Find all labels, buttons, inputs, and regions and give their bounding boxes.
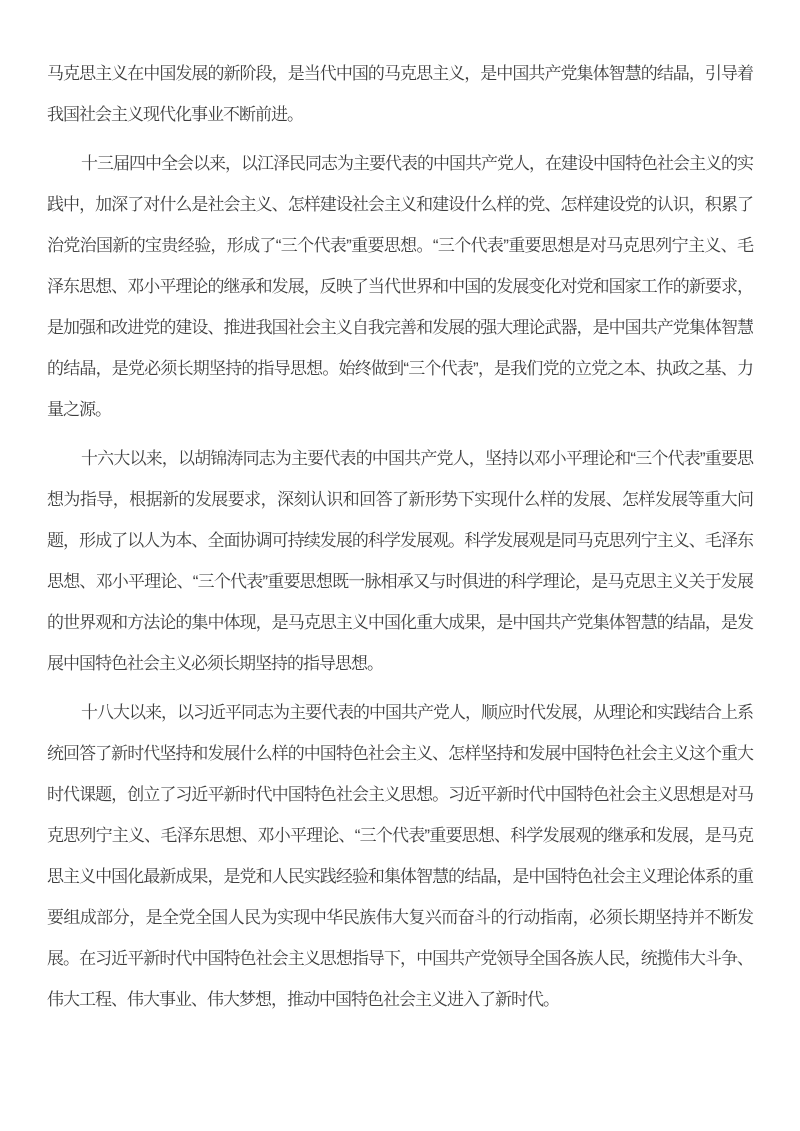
document-page: 马克思主义在中国发展的新阶段，是当代中国的马克思主义，是中国共产党集体智慧的结晶… [0,0,800,1131]
paragraph-three-represents: 十三届四中全会以来，以江泽民同志为主要代表的中国共产党人，在建设中国特色社会主义… [47,143,753,430]
paragraph-marxism-new-stage: 马克思主义在中国发展的新阶段，是当代中国的马克思主义，是中国共产党集体智慧的结晶… [47,53,753,135]
paragraph-scientific-development: 十六大以来，以胡锦涛同志为主要代表的中国共产党人，坚持以邓小平理论和“三个代表”… [47,438,753,684]
document-body-text: 马克思主义在中国发展的新阶段，是当代中国的马克思主义，是中国共产党集体智慧的结晶… [47,53,753,1020]
paragraph-new-era-thought: 十八大以来，以习近平同志为主要代表的中国共产党人，顺应时代发展，从理论和实践结合… [47,692,753,1020]
